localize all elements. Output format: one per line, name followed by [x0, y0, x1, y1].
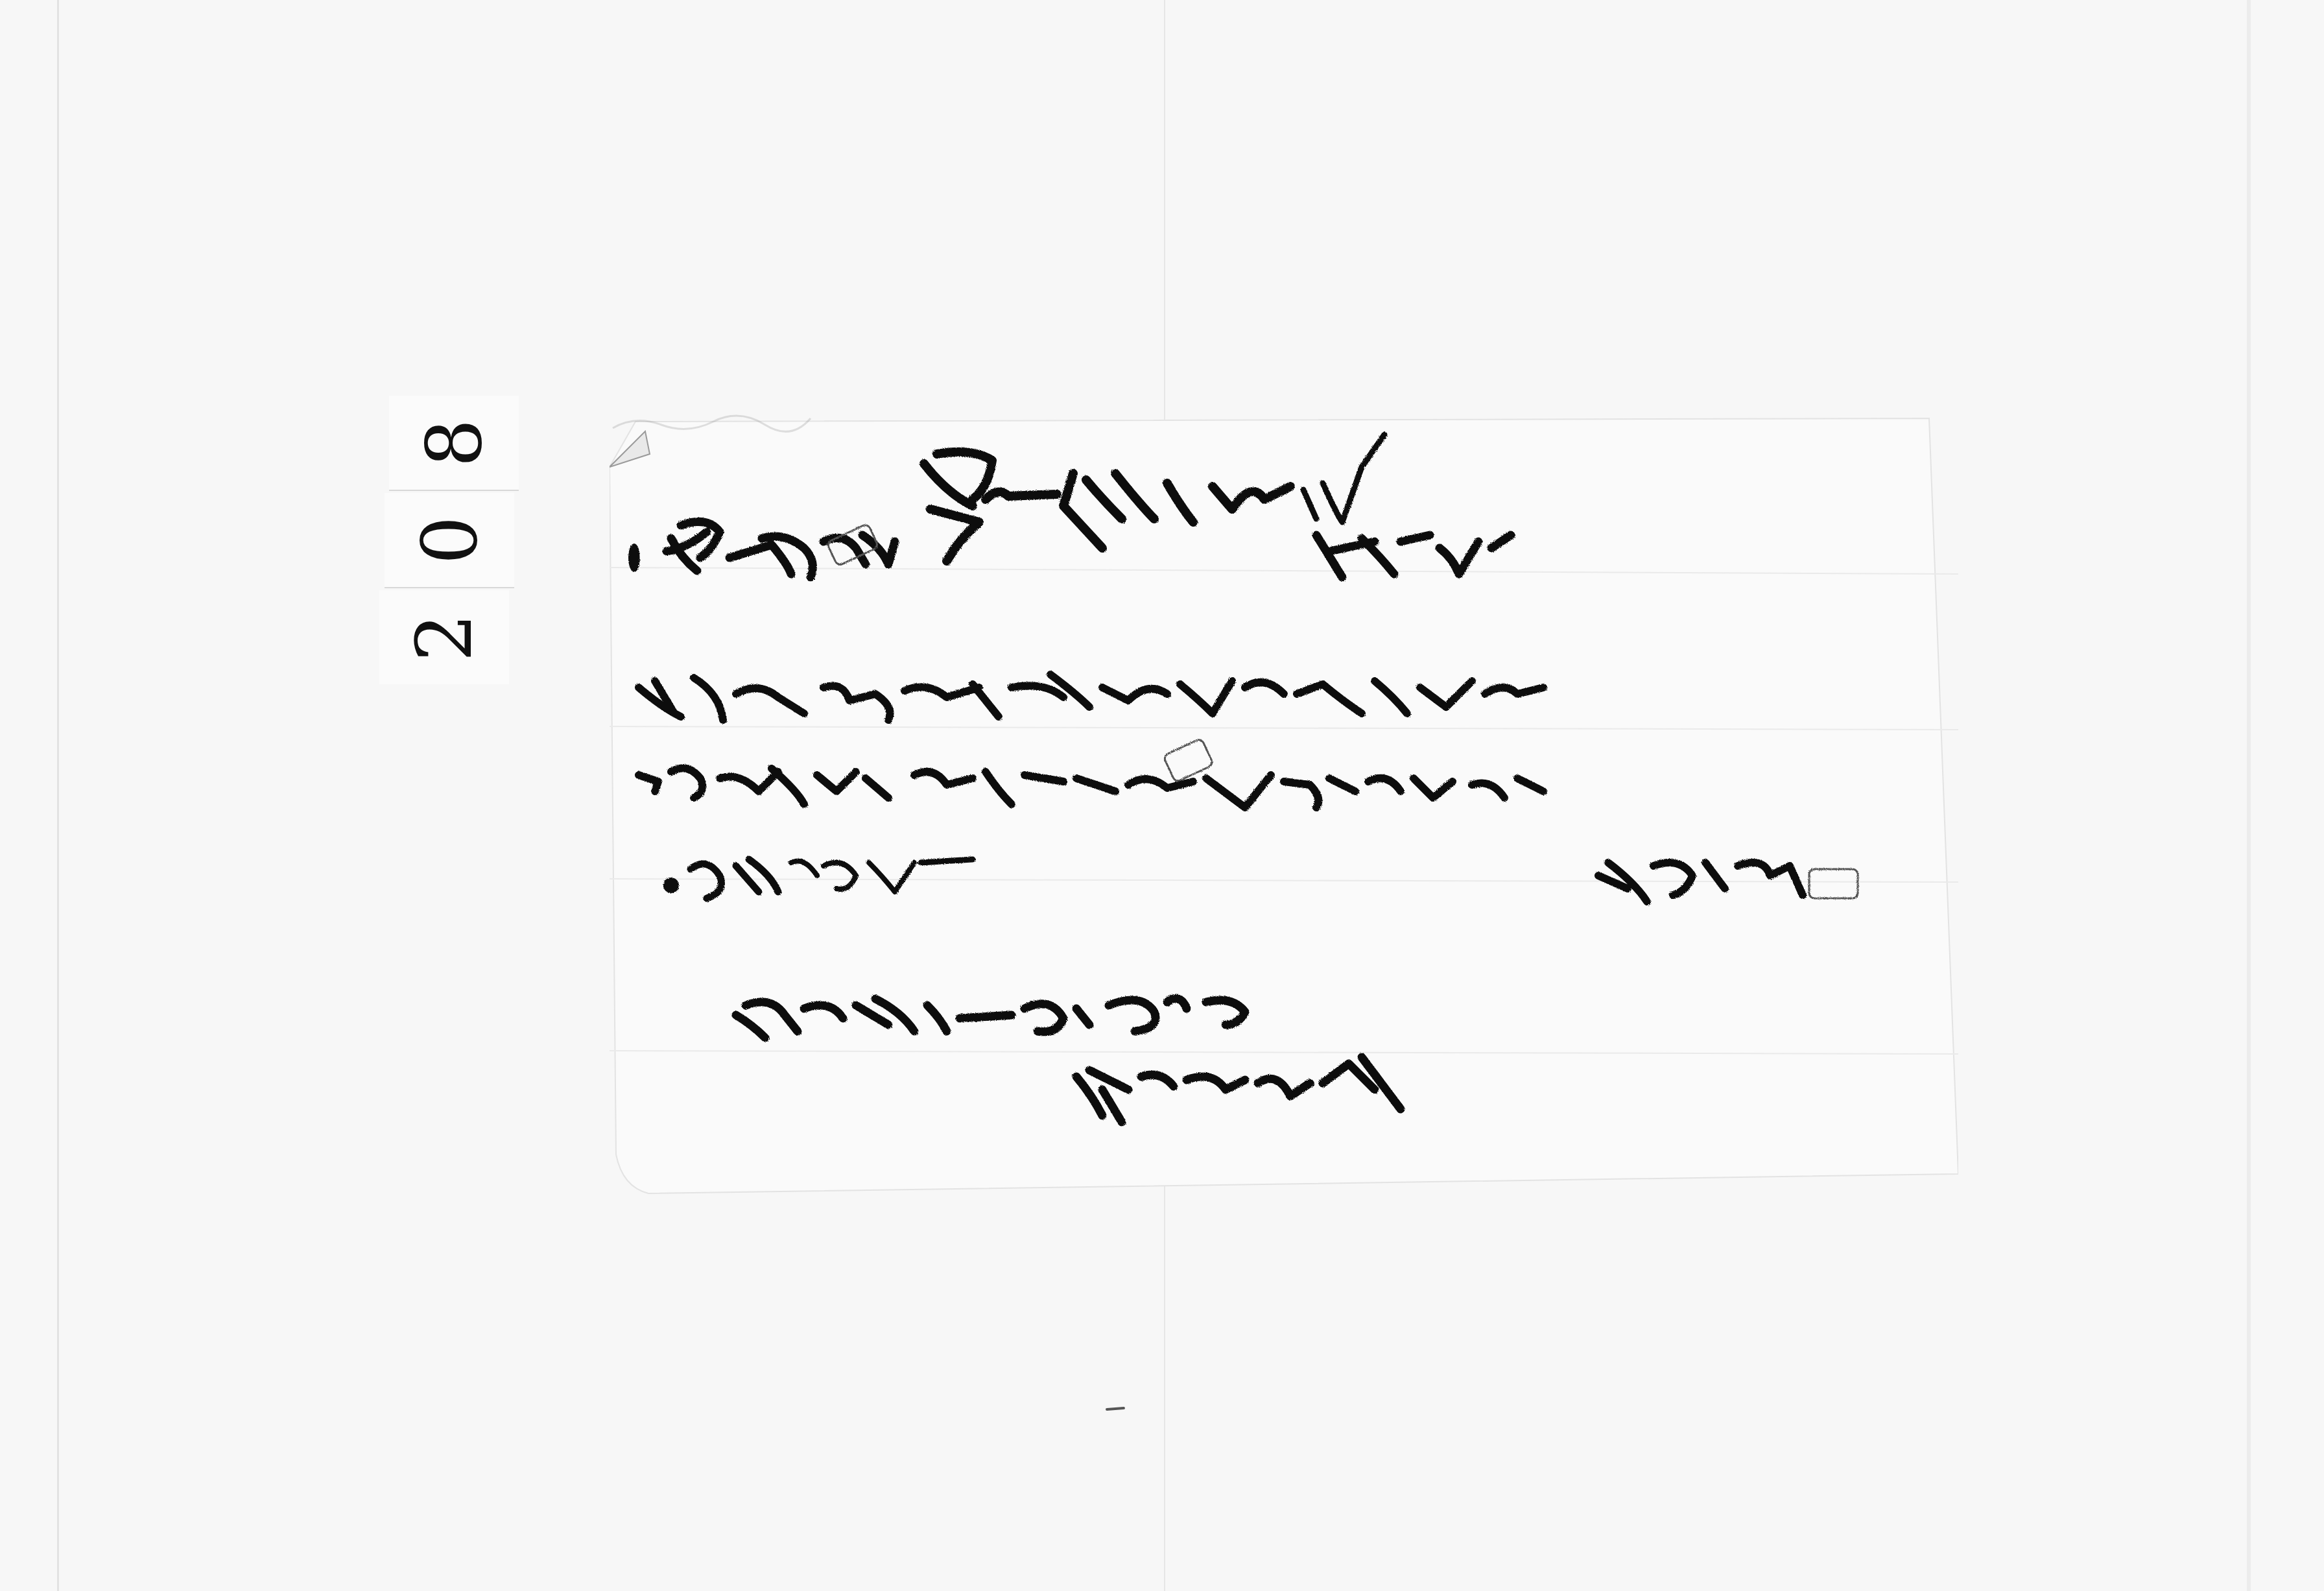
page-number-digit: 0	[411, 516, 488, 564]
calligraphy-line-1	[924, 435, 1384, 561]
scan-right-edge	[2247, 0, 2251, 1591]
document-sheet	[610, 409, 1958, 1200]
seal-stamp	[1809, 869, 1858, 898]
page-number-label: 8 0 2	[379, 396, 516, 688]
page-number-tile: 0	[385, 493, 514, 588]
faint-pencil-annotation	[610, 409, 817, 435]
calligraphy-line-7	[1076, 1057, 1401, 1122]
calligraphy	[610, 409, 1958, 1200]
page-number-digit: 8	[416, 418, 492, 467]
page-number-tile: 2	[379, 590, 509, 684]
calligraphy-line-6	[736, 998, 1245, 1038]
page-number-digit: 2	[406, 613, 482, 662]
calligraphy-line-5-right	[1598, 863, 1803, 902]
calligraphy-line-4	[639, 768, 1543, 807]
calligraphy-line-3	[639, 675, 1543, 720]
calligraphy-line-5	[663, 859, 973, 898]
page-number-tile: 8	[389, 396, 519, 491]
calligraphy-line-2	[628, 521, 1511, 577]
scan-left-edge	[57, 0, 59, 1591]
registration-mark	[1106, 1407, 1125, 1411]
